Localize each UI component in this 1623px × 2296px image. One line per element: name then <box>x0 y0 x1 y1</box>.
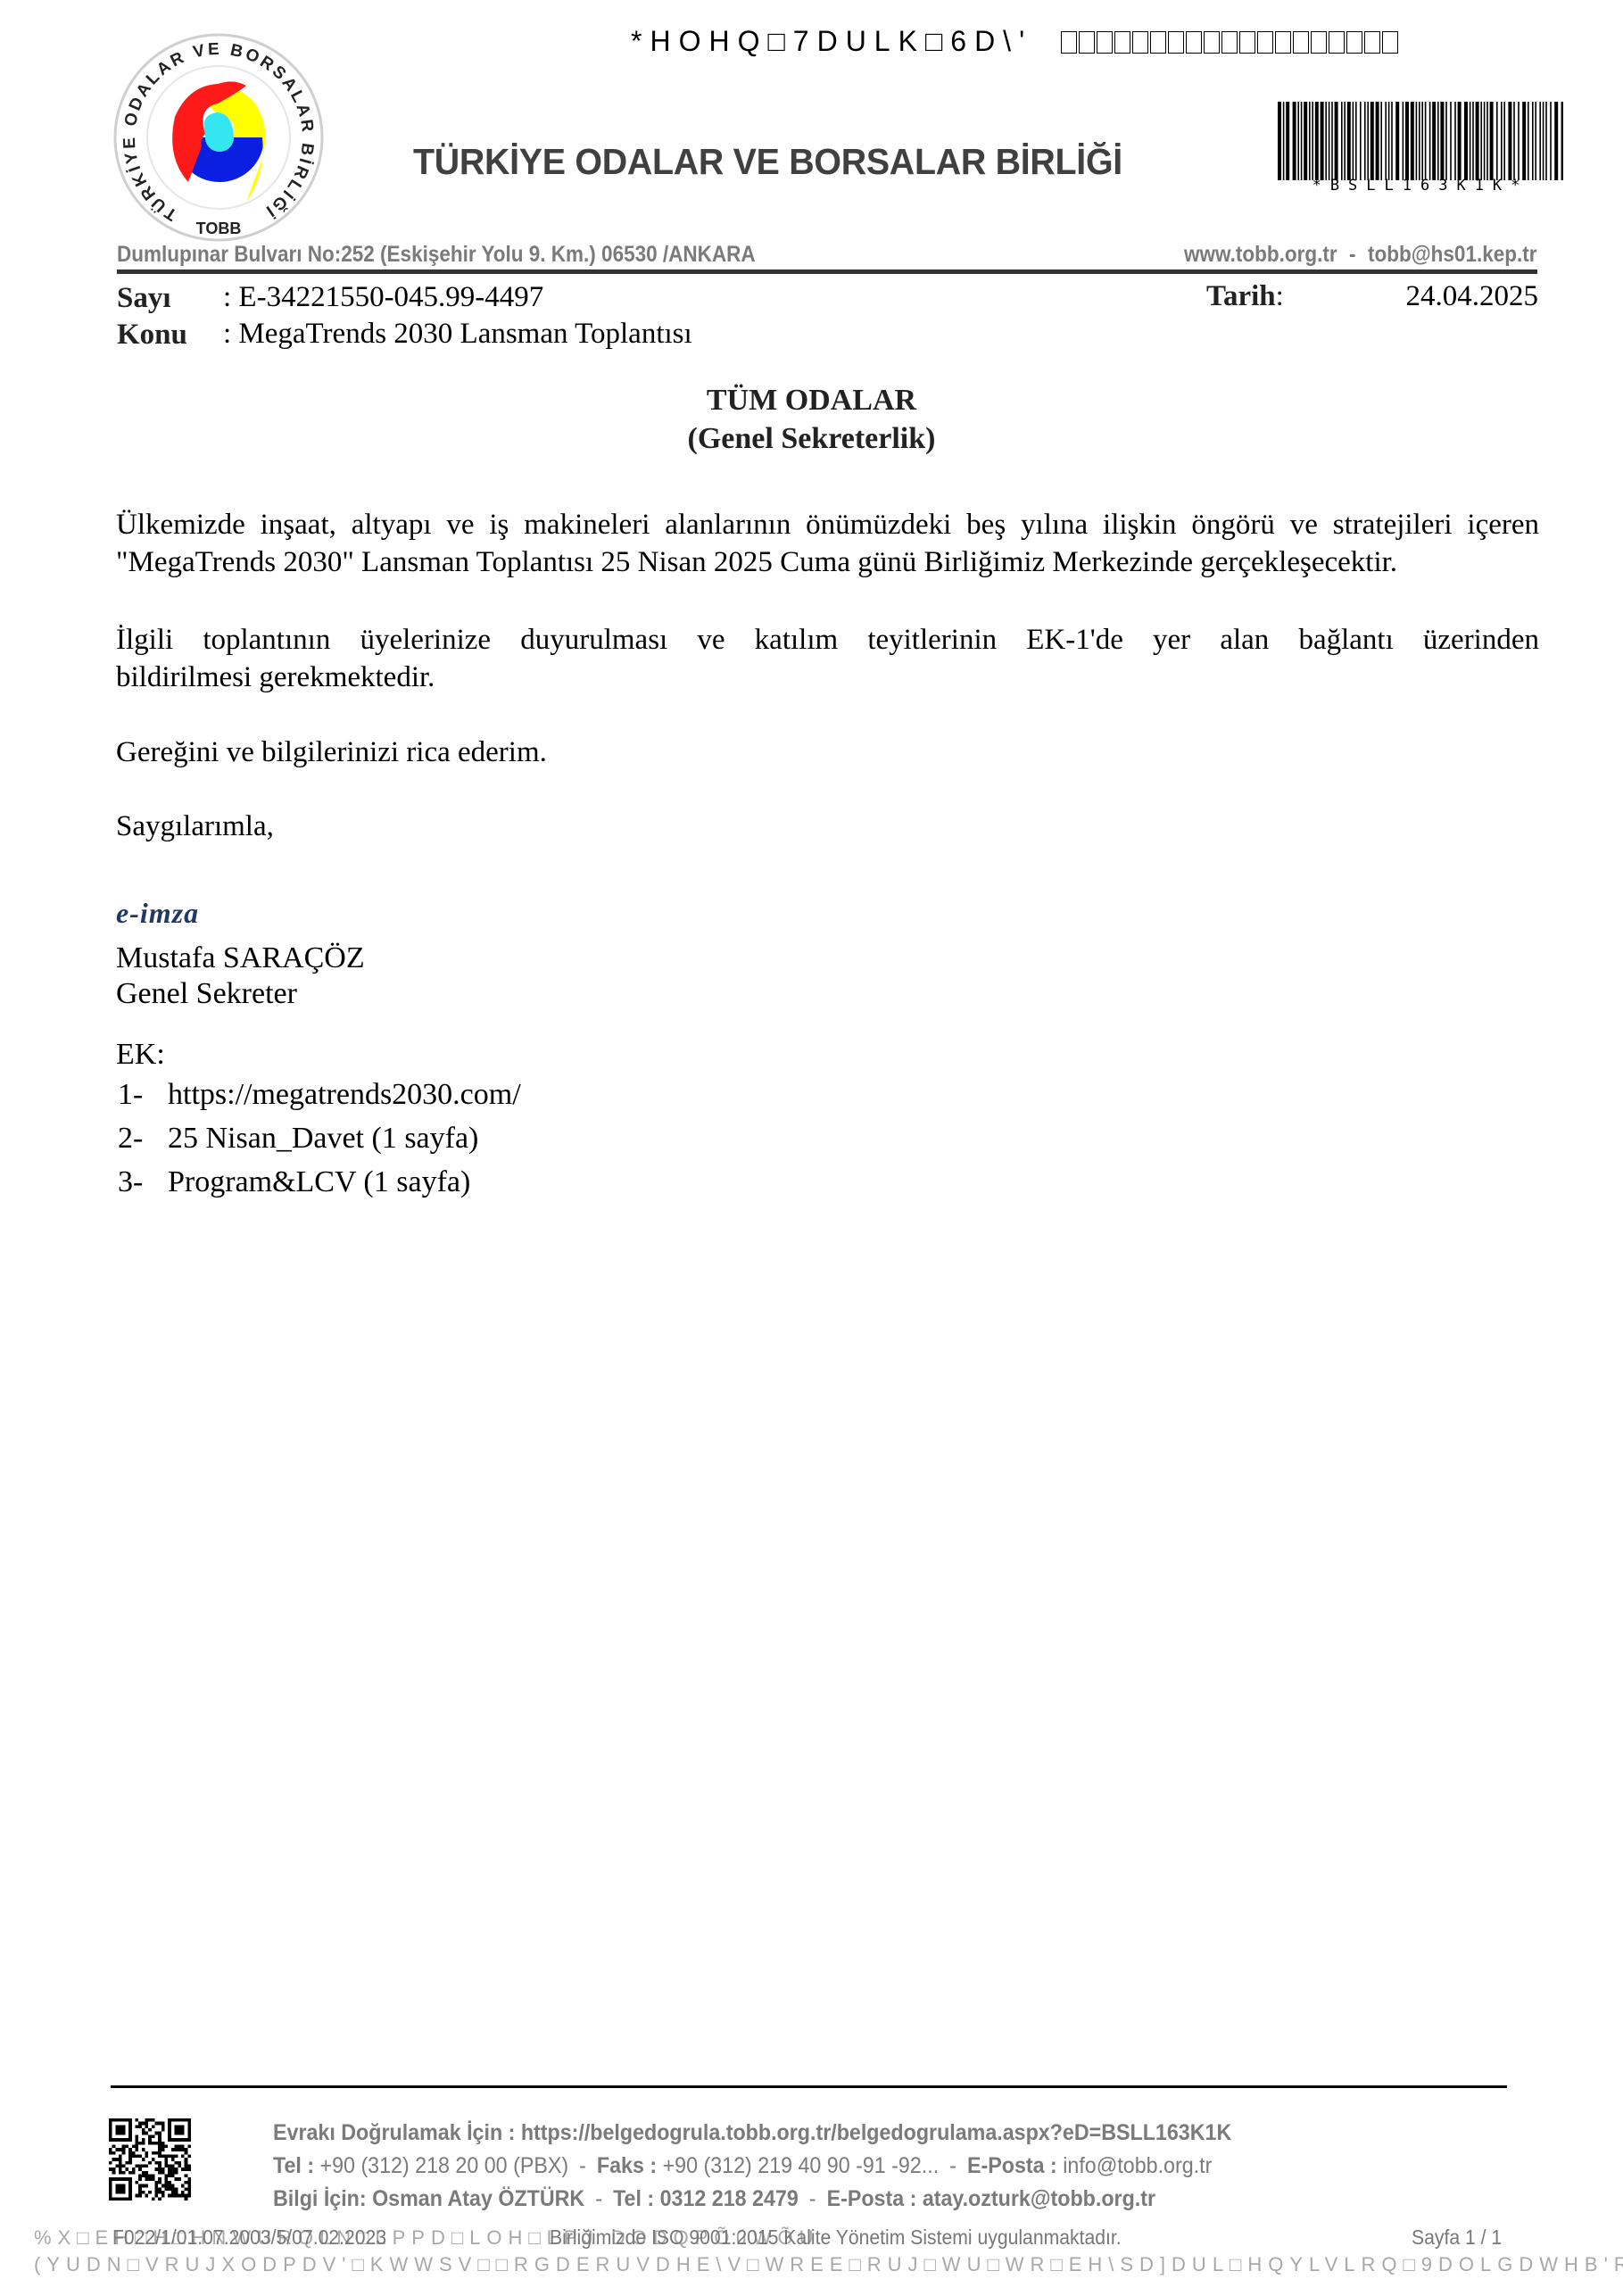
attachment-link[interactable]: https://megatrends2030.com/ <box>168 1078 521 1111</box>
sayi-label: Sayı <box>117 282 171 315</box>
recipient-title: TÜM ODALAR <box>0 384 1623 418</box>
fax-label: Faks : <box>597 2153 657 2178</box>
info-line: Bilgi İçin: Osman Atay ÖZTÜRK - Tel : 03… <box>273 2186 1155 2212</box>
missing-glyph-boxes <box>1061 28 1400 61</box>
attachment-item: 2-25 Nisan_Davet (1 sayfa) <box>118 1122 478 1156</box>
attachment-item: 1-https://megatrends2030.com/ <box>118 1078 521 1112</box>
info-tel: Tel : 0312 218 2479 <box>613 2186 799 2211</box>
barcode-text: *BSLL163K1K* <box>1278 177 1563 195</box>
qr-code-icon <box>109 2118 191 2201</box>
paragraph-2-line-1: İlgili toplantının üyelerinize duyurulma… <box>116 621 1539 659</box>
attachment-number: 2- <box>118 1122 168 1156</box>
garbled-header-text: *HOHQ□7DULK□6D\' <box>631 25 1400 61</box>
paragraph-1-line-1: Ülkemizde inşaat, altyapı ve iş makinele… <box>116 506 1539 543</box>
page-number: Sayfa 1 / 1 <box>1412 2226 1502 2250</box>
info-contact-name: Bilgi İçin: Osman Atay ÖZTÜRK <box>273 2186 584 2211</box>
konu-label: Konu <box>117 319 187 352</box>
separator: - <box>949 2153 956 2178</box>
paragraph-3: Gereğini ve bilgilerinizi rica ederim. <box>116 734 1539 771</box>
separator: - <box>809 2186 816 2211</box>
konu-value: : MegaTrends 2030 Lansman Toplantısı <box>223 318 692 351</box>
address-text: Dumlupınar Bulvarı No:252 (Eskişehir Yol… <box>117 242 756 268</box>
recipient-subtitle: (Genel Sekreterlik) <box>0 422 1623 456</box>
email-link[interactable]: info@tobb.org.tr <box>1063 2153 1212 2178</box>
closing: Saygılarımla, <box>116 808 1539 845</box>
e-signature-mark: e-imza <box>116 897 199 930</box>
attachment-label: 25 Nisan_Davet (1 sayfa) <box>168 1122 478 1155</box>
form-code: F022/1/01.07.2003/5/07.02.2023 <box>112 2226 386 2250</box>
attachment-number: 3- <box>118 1165 168 1199</box>
contact-info: www.tobb.org.tr - tobb@hs01.kep.tr <box>1183 242 1536 268</box>
attachments-title: EK: <box>116 1038 165 1072</box>
kep-email-link[interactable]: tobb@hs01.kep.tr <box>1368 242 1536 267</box>
sayi-value: : E-34221550-045.99-4497 <box>223 281 543 314</box>
tarih-colon: : <box>1276 280 1284 312</box>
separator: - <box>595 2186 602 2211</box>
tel-value: +90 (312) 218 20 00 (PBX) <box>320 2153 569 2178</box>
signer-title: Genel Sekreter <box>116 977 297 1011</box>
paragraph-2-line-2: bildirilmesi gerekmektedir. <box>116 659 1539 696</box>
attachment-label: Program&LCV (1 sayfa) <box>168 1165 470 1198</box>
website-link[interactable]: www.tobb.org.tr <box>1183 242 1337 267</box>
header-divider <box>117 269 1537 274</box>
info-email[interactable]: E-Posta : atay.ozturk@tobb.org.tr <box>827 2186 1155 2211</box>
paragraph-1-line-2: "MegaTrends 2030" Lansman Toplantısı 25 … <box>116 543 1539 581</box>
tarih-label: Tarih: <box>1206 280 1284 313</box>
verify-line: Evrakı Doğrulamak İçin : https://belgedo… <box>273 2120 1231 2146</box>
iso-statement: Birliğimizde ISO 9001:2015 Kalite Yöneti… <box>550 2226 1122 2250</box>
garbled-footer-line-2: (YUDN□VRUJXODPDV'□KWWSV□□RGDERUVDHE\V□WR… <box>34 2253 1623 2276</box>
verify-url-link[interactable]: https://belgedogrula.tobb.org.tr/belgedo… <box>521 2120 1231 2145</box>
tarih-label-text: Tarih <box>1206 280 1276 312</box>
footer-divider <box>111 2085 1507 2088</box>
email-label: E-Posta : <box>967 2153 1057 2178</box>
attachment-item: 3-Program&LCV (1 sayfa) <box>118 1165 470 1199</box>
separator: - <box>1349 242 1355 267</box>
barcode-icon <box>1278 102 1563 180</box>
contact-line: Tel : +90 (312) 218 20 00 (PBX) - Faks :… <box>273 2153 1212 2179</box>
fax-value: +90 (312) 219 40 90 -91 -92... <box>663 2153 940 2178</box>
attachment-number: 1- <box>118 1078 168 1112</box>
verify-label: Evrakı Doğrulamak İçin : <box>273 2120 515 2145</box>
tobb-logo-icon: TÜRKİYE ODALAR VE BORSALAR BİRLİĞİ TOBB <box>112 32 325 243</box>
signer-name: Mustafa SARAÇÖZ <box>116 941 365 975</box>
separator: - <box>579 2153 586 2178</box>
tel-label: Tel : <box>273 2153 314 2178</box>
tarih-value: 24.04.2025 <box>1406 280 1539 313</box>
garbled-header-chars: *HOHQ□7DULK□6D\' <box>631 25 1032 57</box>
logo-abbreviation: TOBB <box>196 220 242 237</box>
organization-title: TÜRKİYE ODALAR VE BORSALAR BİRLİĞİ <box>413 141 1122 183</box>
